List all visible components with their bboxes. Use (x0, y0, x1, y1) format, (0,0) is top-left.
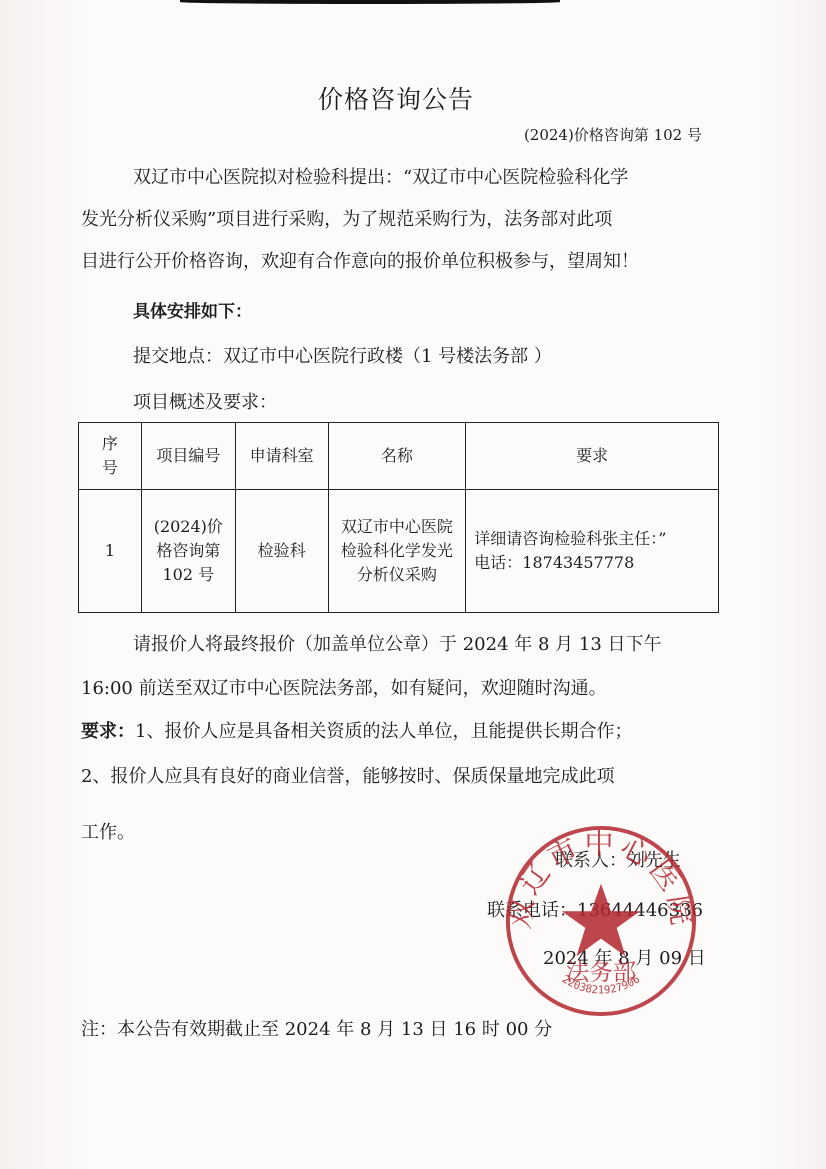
requirements-line-3: 工作。 (81, 818, 135, 844)
intro-line-1: 双辽市中心医院拟对检验科提出：“双辽市中心医院检验科化学 (133, 163, 628, 189)
scan-edge (180, 0, 560, 4)
submission-location: 提交地点：双辽市中心医院行政楼（1 号楼法务部 ） (133, 342, 552, 368)
requirements-line-2: 2、报价人应具有良好的商业信誉，能够按时、保质保量地完成此项 (81, 762, 614, 788)
cell-name: 双辽市中心医院 检验科化学发光 分析仪采购 (328, 490, 466, 613)
deadline-line-2: 16:00 前送至双辽市中心医院法务部，如有疑问，欢迎随时沟通。 (81, 674, 607, 700)
cell-department: 检验科 (235, 490, 328, 613)
header-project-no: 项目编号 (141, 423, 235, 490)
cell-seq: 1 (79, 490, 142, 613)
validity-note: 注：本公告有效期截止至 2024 年 8 月 13 日 16 时 00 分 (81, 1015, 552, 1041)
arrangement-heading: 具体安排如下： (133, 297, 252, 322)
intro-line-2: 发光分析仪采购”项目进行采购，为了规范采购行为，法务部对此项 (81, 205, 612, 231)
header-department: 申请科室 (235, 423, 328, 490)
document-number: (2024)价格咨询第 102 号 (524, 124, 702, 145)
overview-heading: 项目概述及要求： (133, 388, 277, 414)
header-seq: 序 号 (79, 423, 142, 490)
header-name: 名称 (328, 423, 466, 490)
deadline-line-1: 请报价人将最终报价（加盖单位公章）于 2024 年 8 月 13 日下午 (133, 630, 662, 656)
requirements-line-1: 要求：1、报价人应是具备相关资质的法人单位，且能提供长期合作； (81, 717, 632, 743)
table-row: 1 (2024)价 格咨询第 102 号 检验科 双辽市中心医院 检验科化学发光… (79, 490, 719, 613)
official-seal-stamp: 双辽市中心医院 法务部 2203821927906 (503, 823, 699, 1019)
cell-project-no: (2024)价 格咨询第 102 号 (141, 490, 235, 613)
project-table: 序 号 项目编号 申请科室 名称 要求 1 (2024)价 格咨询第 102 号… (78, 422, 719, 613)
table-header-row: 序 号 项目编号 申请科室 名称 要求 (79, 423, 719, 490)
document-title: 价格咨询公告 (318, 80, 474, 116)
page-shadow-left (0, 0, 90, 1169)
seal-star-icon (562, 884, 640, 957)
header-requirement: 要求 (466, 423, 719, 490)
cell-requirement: 详细请咨询检验科张主任：” 电话：18743457778 (466, 490, 719, 613)
requirements-label: 要求： (81, 721, 135, 742)
intro-line-3: 目进行公开价格咨询，欢迎有合作意向的报价单位积极参与，望周知！ (81, 247, 639, 273)
page-shadow-right (756, 0, 826, 1169)
